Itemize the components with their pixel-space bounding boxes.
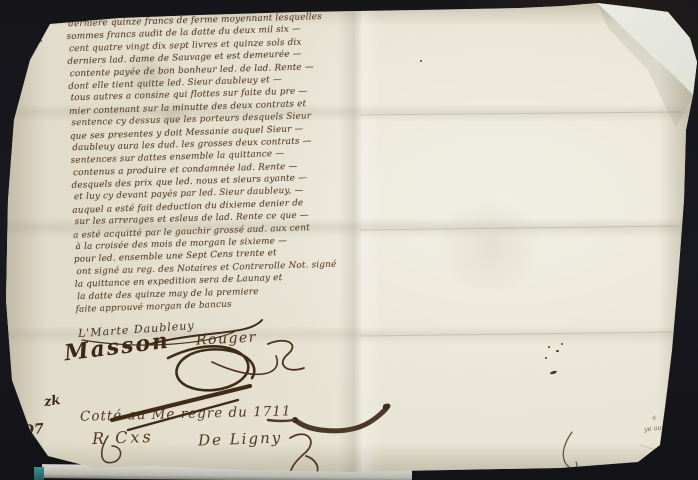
corner-note: ye audit bbox=[644, 423, 671, 434]
paper-specks bbox=[420, 60, 422, 62]
registry-annotation: Cotté au Me regre du 1711 bbox=[80, 403, 292, 425]
registry-end-dash bbox=[268, 420, 294, 421]
signature-de-ligny: De Ligny bbox=[198, 429, 283, 450]
corner-curl-mark bbox=[676, 448, 688, 464]
margin-paraph-mark: D7 bbox=[21, 421, 44, 439]
margin-paraph-mark: zk bbox=[43, 393, 61, 410]
manuscript-text-block: derniere quinze francs de ferme moyennan… bbox=[66, 9, 368, 316]
control-annotation: R Cxs bbox=[92, 427, 154, 448]
straw-fragment bbox=[292, 404, 389, 431]
paper-specks bbox=[40, 40, 42, 42]
paper-stain bbox=[430, 200, 550, 290]
right-page-ink-mark bbox=[563, 432, 577, 468]
archive-photo: derniere quinze francs de ferme moyennan… bbox=[0, 0, 698, 480]
teal-folder-sliver bbox=[34, 467, 44, 480]
signature-rouger: Rouger bbox=[196, 329, 258, 348]
manuscript-paper: derniere quinze francs de ferme moyennan… bbox=[0, 0, 698, 480]
corner-note: q bbox=[652, 414, 656, 421]
